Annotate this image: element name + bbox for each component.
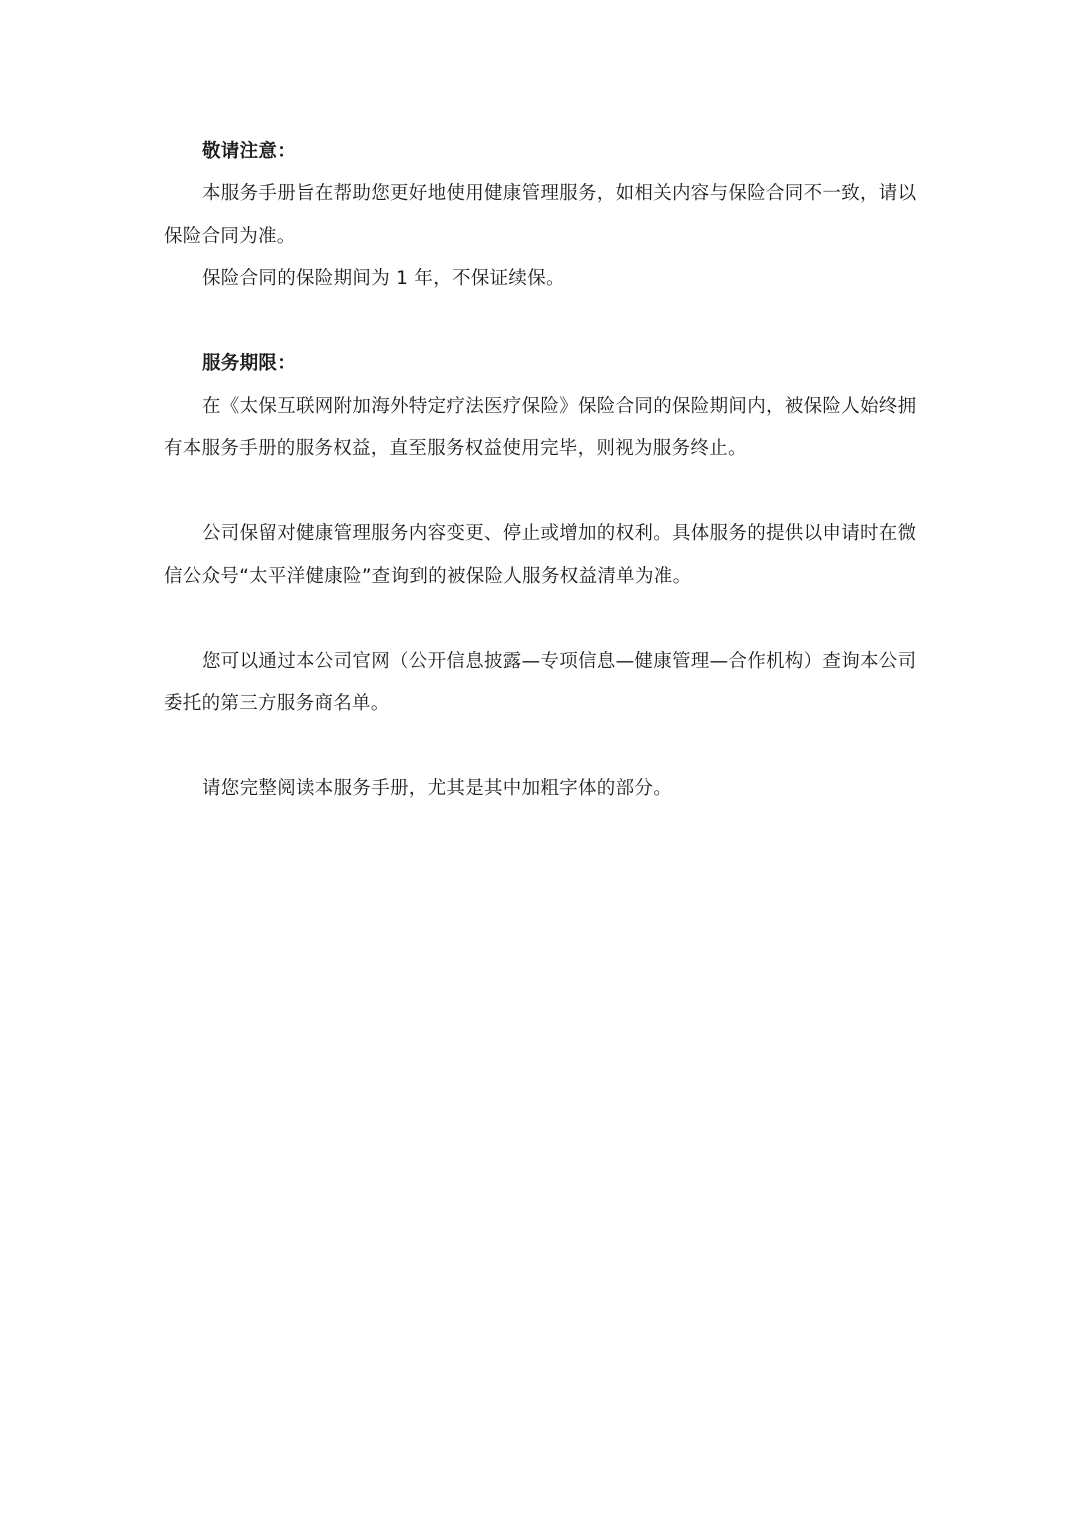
providers-line-2: 委托的第三方服务商名单。 <box>164 692 916 716</box>
reminder-line: 请您完整阅读本服务手册，尤其是其中加粗字体的部分。 <box>164 777 916 801</box>
notice-paragraph-2: 保险合同的保险期间为 1 年，不保证续保。 <box>164 267 916 291</box>
notice-paragraph-1-line-2: 保险合同为准。 <box>164 225 916 249</box>
rights-line-2: 信公众号“太平洋健康险”查询到的被保险人服务权益清单为准。 <box>164 565 916 589</box>
notice-paragraph-1-line-1: 本服务手册旨在帮助您更好地使用健康管理服务，如相关内容与保险合同不一致，请以 <box>164 182 916 206</box>
service-period-line-2: 有本服务手册的服务权益，直至服务权益使用完毕，则视为服务终止。 <box>164 437 916 461</box>
providers-line-1: 您可以通过本公司官网（公开信息披露—专项信息—健康管理—合作机构）查询本公司 <box>164 650 916 674</box>
notice-heading: 敬请注意： <box>164 140 916 164</box>
service-period-heading: 服务期限： <box>164 352 916 376</box>
service-period-line-1: 在《太保互联网附加海外特定疗法医疗保险》保险合同的保险期间内，被保险人始终拥 <box>164 395 916 419</box>
rights-line-1: 公司保留对健康管理服务内容变更、停止或增加的权利。具体服务的提供以申请时在微 <box>164 522 916 546</box>
